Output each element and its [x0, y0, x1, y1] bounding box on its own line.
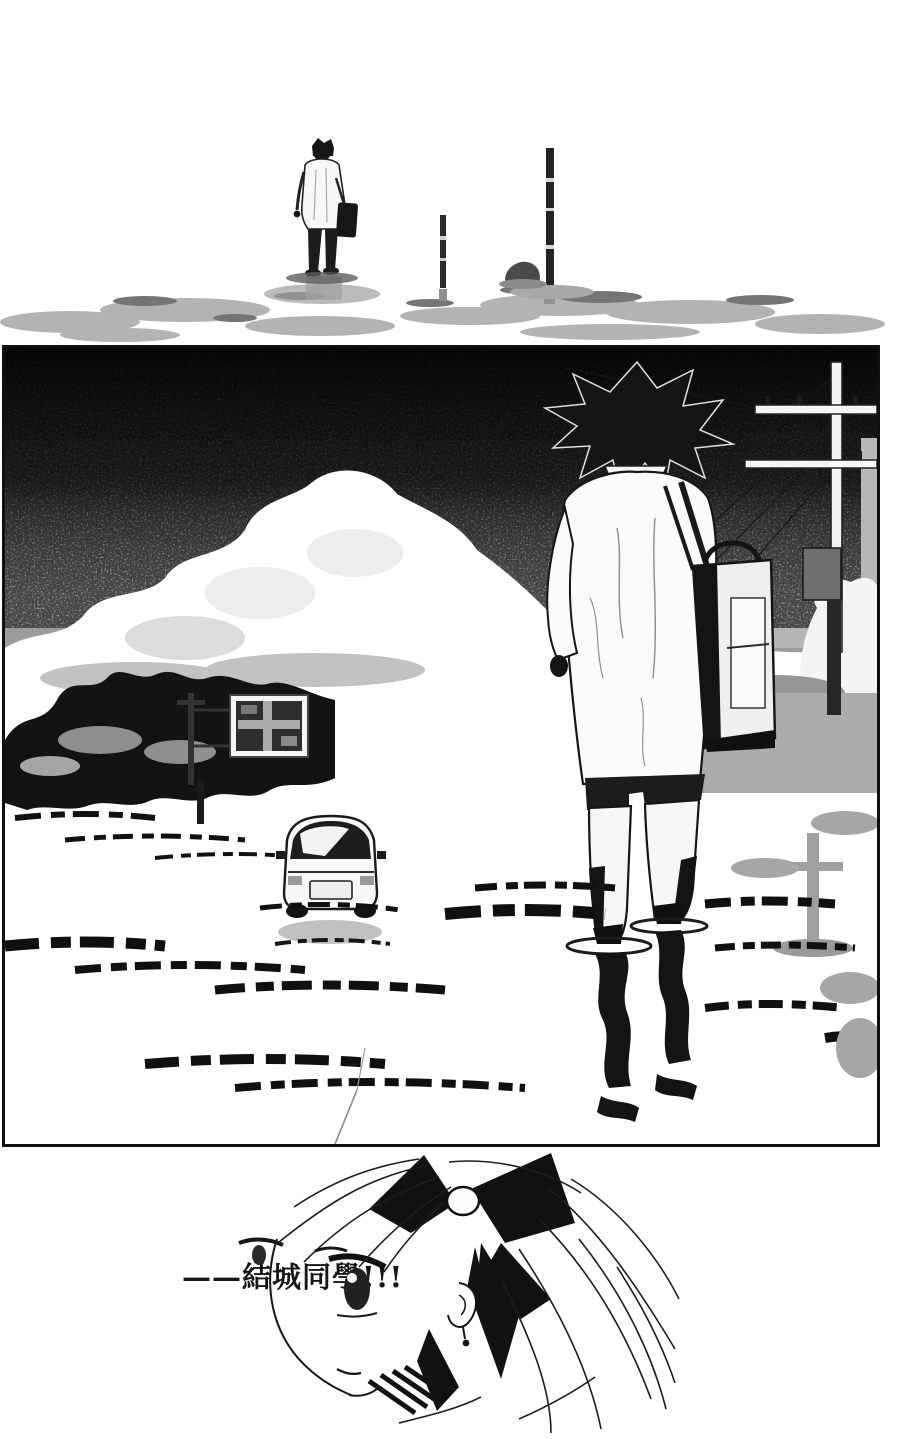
manga-page: ——結城同學!!!	[0, 0, 900, 1439]
distant-figure-art	[0, 0, 900, 345]
girl-eye	[329, 1256, 385, 1316]
shoulder-bag	[693, 543, 775, 752]
girl-face	[270, 1239, 377, 1396]
flooded-street-art	[5, 348, 877, 1144]
girl-ear	[448, 1283, 476, 1346]
panel-distant-figure	[0, 0, 900, 345]
panel-flooded-street	[2, 345, 880, 1147]
panel-girl-closeup: ——結城同學!!!	[0, 1147, 900, 1439]
submerged-pole-left	[439, 215, 447, 301]
debris-rock	[499, 262, 547, 289]
girl-closeup-art	[0, 1147, 900, 1439]
distant-figure	[264, 138, 380, 304]
earring	[463, 1340, 470, 1347]
girl-left-eye-partial	[239, 1239, 283, 1265]
